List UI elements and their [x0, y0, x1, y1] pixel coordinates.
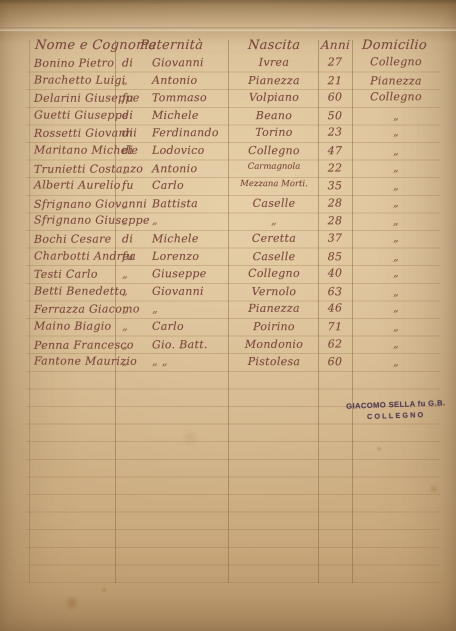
- cell-age: 47: [318, 144, 352, 157]
- cell-domicile: Collegno: [352, 55, 440, 68]
- cell-name: Penna Francesco: [34, 338, 134, 351]
- cell-age: 28: [318, 196, 352, 209]
- cell-birthplace: Caselle: [230, 250, 318, 263]
- cell-birthplace: Volpiano: [230, 91, 318, 104]
- paper-fold-crease: [0, 27, 456, 31]
- cell-domicile: „: [352, 196, 440, 209]
- cell-birthplace: Pistolesa: [230, 355, 318, 368]
- cell-name: Charbotti Andrea: [34, 249, 136, 262]
- cell-domicile: „: [352, 125, 440, 138]
- table-header-row: Nome e Cognome Paternità Nascita Anni Do…: [0, 38, 456, 56]
- cell-father: Michele: [152, 232, 199, 245]
- cell-name: Maino Biagio: [34, 319, 112, 332]
- cell-domicile: „: [352, 250, 440, 263]
- cell-age: 22: [318, 161, 352, 174]
- cell-paternity-prefix: „: [122, 197, 128, 210]
- cell-age: 71: [318, 320, 352, 333]
- cell-paternity-prefix: „: [122, 214, 128, 227]
- cell-name: Brachetto Luigi: [34, 73, 126, 86]
- table-row: Brachetto Luigi „ Antonio Pianezza 21 Pi…: [0, 72, 456, 91]
- table-row: Ferrazza Giacomo „ „ Pianezza 46 „: [0, 300, 456, 320]
- cell-paternity-prefix: fu: [122, 249, 134, 262]
- cell-domicile: „: [352, 266, 440, 279]
- cell-father: Lodovico: [152, 144, 205, 157]
- cell-birthplace: Ceretta: [230, 232, 318, 245]
- cell-birthplace: Mondonio: [230, 337, 318, 350]
- cell-paternity-prefix: di: [122, 144, 133, 157]
- cell-paternity-prefix: fu: [122, 179, 134, 192]
- header-age: Anni: [321, 38, 351, 52]
- cell-birthplace: Ivrea: [230, 56, 318, 69]
- cell-age: 40: [318, 267, 352, 280]
- cell-age: 46: [318, 302, 352, 315]
- table-row: Penna Francesco „ Gio. Batt. Mondonio 62…: [0, 336, 456, 356]
- cell-age: 23: [318, 126, 352, 139]
- cell-father: Gio. Batt.: [152, 338, 208, 351]
- cell-birthplace: Beano: [230, 109, 318, 122]
- header-paternity: Paternità: [139, 38, 203, 53]
- cell-father: Giovanni: [152, 56, 204, 69]
- cell-name: Bochi Cesare: [34, 232, 112, 245]
- cell-birthplace: Pianezza: [230, 302, 318, 315]
- scanned-register-page: Nome e Cognome Paternità Nascita Anni Do…: [0, 0, 456, 631]
- cell-domicile: „: [352, 179, 440, 192]
- cell-birthplace: Torino: [230, 126, 318, 139]
- table-row: Fantone Maurizio „ „ „ Pistolesa 60 „: [0, 353, 456, 372]
- cell-birthplace: Mezzana Morti.: [230, 179, 318, 189]
- cell-paternity-prefix: „: [122, 268, 128, 281]
- cell-paternity-prefix: di: [122, 109, 133, 122]
- table-row: Sfrignano Giuseppe „ „ „ 28 „: [0, 213, 456, 232]
- cell-father: Lorenzo: [152, 249, 199, 262]
- cell-birthplace: Pianezza: [230, 74, 318, 87]
- cell-father: Antonio: [152, 162, 197, 175]
- cell-domicile: „: [352, 285, 440, 298]
- cell-birthplace: „: [230, 214, 318, 227]
- cell-birthplace: Caselle: [230, 196, 318, 209]
- ink-stamp: GIACOMO SELLA fu G.B. COLLEGNO: [346, 398, 447, 421]
- cell-name: Betti Benedetto: [34, 284, 126, 297]
- cell-domicile: Collegno: [352, 90, 440, 103]
- table-row: Betti Benedetto „ Giovanni Vernolo 63 „: [0, 283, 456, 302]
- cell-age: 50: [318, 109, 352, 122]
- cell-domicile: „: [352, 301, 440, 314]
- cell-age: 37: [318, 231, 352, 244]
- cell-domicile: „: [352, 161, 440, 174]
- cell-name: Guetti Giuseppe: [34, 108, 129, 121]
- cell-name: Sfrignano Giovanni: [34, 197, 147, 210]
- cell-paternity-prefix: „: [122, 320, 128, 333]
- cell-domicile: „: [352, 337, 440, 350]
- table-row: Guetti Giuseppe di Michele Beano 50 „: [0, 107, 456, 126]
- cell-age: 21: [318, 74, 352, 87]
- cell-father: Carlo: [152, 179, 184, 192]
- cell-age: 28: [318, 215, 352, 228]
- cell-paternity-prefix: di: [122, 127, 133, 140]
- cell-name: Testi Carlo: [34, 268, 98, 281]
- header-birth: Nascita: [247, 38, 300, 53]
- table-rows: Bonino Pietro di Giovanni Ivrea 27 Colle…: [0, 55, 456, 372]
- cell-paternity-prefix: fu: [122, 92, 134, 105]
- cell-name: Bonino Pietro: [34, 56, 114, 69]
- table-row: Bochi Cesare di Michele Ceretta 37 „: [0, 230, 456, 250]
- table-row: Maino Biagio „ Carlo Poirino 71 „: [0, 318, 456, 337]
- cell-domicile: „: [352, 109, 440, 122]
- cell-paternity-prefix: „: [122, 284, 128, 297]
- table-row: Delarini Giuseppe fu Tommaso Volpiano 60…: [0, 89, 456, 109]
- cell-paternity-prefix: „: [122, 73, 128, 86]
- cell-age: 60: [318, 355, 352, 368]
- table-row: Sfrignano Giovanni „ Battista Caselle 28…: [0, 195, 456, 215]
- cell-age: 35: [318, 179, 352, 192]
- table-row: Trunietti Costanzo „ Antonio Carmagnola …: [0, 160, 456, 180]
- cell-father: Battista: [152, 197, 198, 210]
- cell-father: Antonio: [152, 73, 197, 86]
- cell-domicile: Pianezza: [352, 74, 440, 87]
- cell-birthplace: Collegno: [230, 267, 318, 280]
- cell-father: Tommaso: [152, 91, 207, 104]
- cell-age: 60: [318, 91, 352, 104]
- cell-paternity-prefix: di: [122, 232, 133, 245]
- cell-paternity-prefix: „: [122, 303, 128, 316]
- cell-father: Giovanni: [152, 285, 204, 298]
- cell-birthplace: Poirino: [230, 320, 318, 333]
- cell-name: Alberti Aurelio: [34, 179, 121, 192]
- table-row: Testi Carlo „ Giuseppe Collegno 40 „: [0, 265, 456, 285]
- cell-paternity-prefix: di: [122, 56, 133, 69]
- cell-domicile: „: [352, 355, 440, 368]
- cell-name: Sfrignano Giuseppe: [34, 214, 150, 227]
- cell-paternity-prefix: „: [122, 355, 128, 368]
- cell-domicile: „: [352, 215, 440, 228]
- cell-age: 63: [318, 285, 352, 298]
- cell-domicile: „: [352, 144, 440, 157]
- cell-domicile: „: [352, 231, 440, 244]
- cell-birthplace: Carmagnola: [230, 161, 318, 171]
- cell-birthplace: Vernolo: [230, 285, 318, 298]
- table-row: Rossetti Giovanni di Ferdinando Torino 2…: [0, 124, 456, 144]
- cell-age: 85: [318, 250, 352, 263]
- cell-father: Carlo: [152, 320, 184, 333]
- cell-father: Ferdinando: [152, 126, 219, 139]
- cell-paternity-prefix: „: [122, 338, 128, 351]
- cell-birthplace: Collegno: [230, 144, 318, 157]
- cell-age: 62: [318, 337, 352, 350]
- table-row: Alberti Aurelio fu Carlo Mezzana Morti. …: [0, 178, 456, 197]
- table-row: Charbotti Andrea fu Lorenzo Caselle 85 „: [0, 248, 456, 267]
- header-domicile: Domicilio: [361, 38, 427, 53]
- cell-father: Giuseppe: [152, 267, 207, 280]
- table-row: Bonino Pietro di Giovanni Ivrea 27 Colle…: [0, 54, 456, 74]
- cell-father: „: [152, 303, 158, 316]
- table-row: Maritano Michele di Lodovico Collegno 47…: [0, 142, 456, 161]
- cell-domicile: „: [352, 320, 440, 333]
- cell-father: Michele: [152, 109, 199, 122]
- cell-father: „: [152, 214, 158, 227]
- cell-age: 27: [318, 55, 352, 68]
- cell-father: „ „: [152, 355, 168, 368]
- cell-paternity-prefix: „: [122, 162, 128, 175]
